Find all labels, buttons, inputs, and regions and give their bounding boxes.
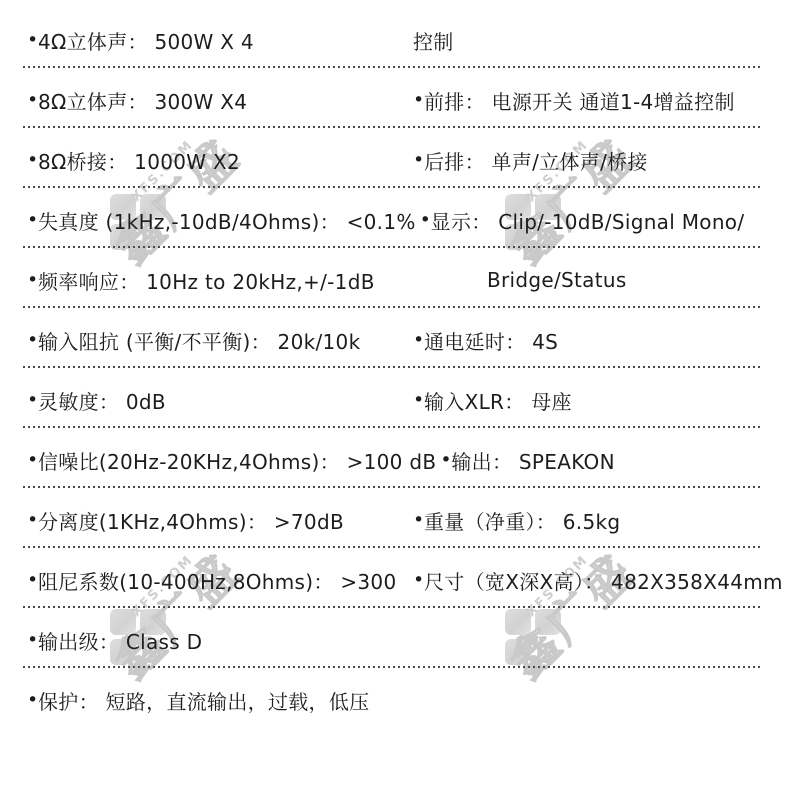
spec-text: 灵敏度： 0dB — [38, 386, 166, 415]
bullet-icon: • — [413, 571, 424, 590]
bullet-icon: • — [413, 391, 424, 410]
spec-text: 后排： 单声/立体声/桥接 — [424, 146, 648, 175]
bullet-icon: • — [413, 151, 424, 170]
bullet-icon: • — [420, 211, 431, 230]
spec-cell-right: • 尺寸（宽X深X高）： 482X358X44mm — [409, 566, 783, 595]
spec-text: 阻尼系数(10-400Hz,8Ohms)： >300 — [38, 566, 396, 595]
spec-text: 尺寸（宽X深X高）： 482X358X44mm — [424, 566, 783, 595]
spec-row: • 失真度 (1kHz,-10dB/4Ohms)： <0.1% • 显示： Cl… — [23, 188, 762, 248]
spec-row: • 保护： 短路，直流输出，过载，低压 • — [23, 668, 762, 728]
spec-row: • 频率响应： 10Hz to 20kHz,+/-1dB • Bridge/St… — [23, 248, 762, 308]
spec-cell-left: • 灵敏度： 0dB — [23, 386, 409, 415]
spec-cell-right: • 通电延时： 4S — [409, 326, 762, 355]
bullet-icon: • — [27, 331, 38, 350]
spec-text: 失真度 (1kHz,-10dB/4Ohms)： <0.1% — [38, 206, 416, 235]
spec-cell-left: • 信噪比(20Hz-20KHz,4Ohms)： >100 dB — [23, 446, 436, 475]
bullet-icon: • — [27, 271, 38, 290]
spec-text: 保护： 短路，直流输出，过载，低压 — [38, 686, 369, 715]
spec-cell-right: • 后排： 单声/立体声/桥接 — [409, 146, 762, 175]
bullet-icon: • — [440, 451, 451, 470]
spec-text: Bridge/Status — [487, 268, 627, 292]
spec-text: 频率响应： 10Hz to 20kHz,+/-1dB — [38, 266, 375, 295]
spec-text: 信噪比(20Hz-20KHz,4Ohms)： >100 dB — [38, 446, 436, 475]
spec-cell-right: • 控制 — [409, 26, 762, 55]
spec-row: • 信噪比(20Hz-20KHz,4Ohms)： >100 dB • 输出： S… — [23, 428, 762, 488]
spec-cell-right: • Bridge/Status — [409, 268, 762, 292]
spec-row: • 8Ω立体声： 300W X4 • 前排： 电源开关 通道1-4增益控制 — [23, 68, 762, 128]
spec-row: • 阻尼系数(10-400Hz,8Ohms)： >300 • 尺寸（宽X深X高）… — [23, 548, 762, 608]
spec-cell-left: • 输出级： Class D — [23, 626, 409, 655]
spec-text: 输出： SPEAKON — [451, 446, 614, 475]
spec-row: • 输出级： Class D • — [23, 608, 762, 668]
spec-text: 输出级： Class D — [38, 626, 202, 655]
spec-text: 4Ω立体声： 500W X 4 — [38, 26, 254, 55]
spec-cell-left: • 失真度 (1kHz,-10dB/4Ohms)： <0.1% — [23, 206, 416, 235]
bullet-icon: • — [27, 151, 38, 170]
spec-cell-right: • 输入XLR： 母座 — [409, 386, 762, 415]
spec-cell-left: • 阻尼系数(10-400Hz,8Ohms)： >300 — [23, 566, 409, 595]
spec-row: • 输入阻抗 (平衡/不平衡)： 20k/10k • 通电延时： 4S — [23, 308, 762, 368]
bullet-icon: • — [27, 391, 38, 410]
spec-text: 重量（净重）： 6.5kg — [424, 506, 620, 535]
spec-text: 显示： Clip/-10dB/Signal Mono/ — [431, 206, 745, 235]
bullet-icon: • — [27, 631, 38, 650]
spec-cell-left: • 频率响应： 10Hz to 20kHz,+/-1dB — [23, 266, 409, 295]
spec-cell-right: • 前排： 电源开关 通道1-4增益控制 — [409, 86, 762, 115]
spec-text: 输入XLR： 母座 — [424, 386, 572, 415]
spec-cell-right: • 显示： Clip/-10dB/Signal Mono/ — [416, 206, 762, 235]
bullet-icon: • — [27, 211, 38, 230]
spec-text: 分离度(1KHz,4Ohms)： >70dB — [38, 506, 344, 535]
spec-cell-left: • 输入阻抗 (平衡/不平衡)： 20k/10k — [23, 326, 409, 355]
spec-row: • 分离度(1KHz,4Ohms)： >70dB • 重量（净重）： 6.5kg — [23, 488, 762, 548]
spec-cell-right: • 输出： SPEAKON — [436, 446, 762, 475]
spec-row: • 4Ω立体声： 500W X 4 • 控制 — [23, 8, 762, 68]
spec-cell-left: • 8Ω立体声： 300W X4 — [23, 86, 409, 115]
spec-cell-right: • 重量（净重）： 6.5kg — [409, 506, 762, 535]
spec-cell-left: • 分离度(1KHz,4Ohms)： >70dB — [23, 506, 409, 535]
spec-table: • 4Ω立体声： 500W X 4 • 控制 • 8Ω立体声： 300W X4 … — [23, 8, 762, 728]
spec-text: 控制 — [413, 26, 454, 55]
spec-cell-left: • 8Ω桥接： 1000W X2 — [23, 146, 409, 175]
spec-text: 8Ω立体声： 300W X4 — [38, 86, 247, 115]
spec-text: 通电延时： 4S — [424, 326, 558, 355]
bullet-icon: • — [413, 331, 424, 350]
spec-row: • 灵敏度： 0dB • 输入XLR： 母座 — [23, 368, 762, 428]
spec-text: 8Ω桥接： 1000W X2 — [38, 146, 240, 175]
bullet-icon: • — [27, 511, 38, 530]
bullet-icon: • — [413, 91, 424, 110]
bullet-icon: • — [27, 91, 38, 110]
spec-cell-left: • 4Ω立体声： 500W X 4 — [23, 26, 409, 55]
spec-text: 输入阻抗 (平衡/不平衡)： 20k/10k — [38, 326, 360, 355]
bullet-icon: • — [27, 31, 38, 50]
bullet-icon: • — [413, 511, 424, 530]
bullet-icon: • — [27, 571, 38, 590]
bullet-icon: • — [27, 451, 38, 470]
spec-cell-left: • 保护： 短路，直流输出，过载，低压 — [23, 686, 409, 715]
bullet-icon: • — [27, 691, 38, 710]
spec-text: 前排： 电源开关 通道1-4增益控制 — [424, 86, 735, 115]
spec-row: • 8Ω桥接： 1000W X2 • 后排： 单声/立体声/桥接 — [23, 128, 762, 188]
